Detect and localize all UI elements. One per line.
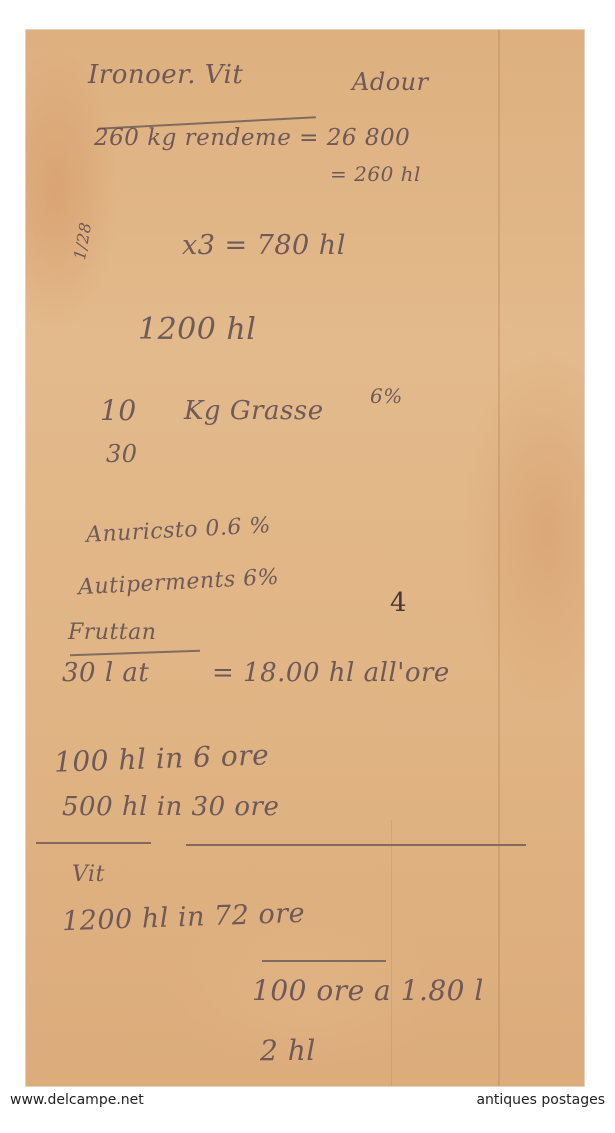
note-line-9a: 30 l at [62, 658, 149, 688]
sum-line [262, 960, 386, 962]
divider-left [36, 842, 151, 844]
note-line-9b: = 18.00 hl all'ore [212, 658, 450, 688]
watermark-left: www.delcampe.net [10, 1092, 144, 1108]
paper-fold-line [498, 30, 500, 1086]
note-line-8: Fruttan [68, 620, 156, 645]
note-line-14: 100 ore a 1.80 l [252, 974, 484, 1007]
fraction-line [70, 650, 200, 656]
note-line-1: 260 kg rendeme = 26 800 [94, 125, 410, 151]
note-line-4: 1200 hl [138, 312, 256, 347]
margin-note: 1/28 [70, 221, 95, 262]
note-line-7: Autiperments 6% [77, 565, 279, 600]
note-line-3: x3 = 780 hl [182, 230, 346, 261]
note-line-6: Anuricsto 0.6 % [85, 513, 271, 548]
note-line-10: 100 hl in 6 ore [53, 738, 269, 778]
note-line-7b: 4 [390, 588, 407, 618]
note-line-5c: Kg Grasse [184, 396, 324, 426]
paper-crease [391, 820, 392, 1086]
header-left: Ironoer. Vit [88, 60, 243, 90]
note-line-5a: 10 [100, 394, 137, 427]
note-line-13: 1200 hl in 72 ore [62, 898, 306, 937]
note-line-5b: 30 [106, 440, 138, 468]
note-line-5d: 6% [370, 384, 403, 408]
note-line-11: 500 hl in 30 ore [62, 792, 279, 822]
note-line-12: Vit [72, 862, 105, 887]
aged-paper-sheet: 1/28 Ironoer. Vit Adour 260 kg rendeme =… [26, 30, 584, 1086]
note-line-2: = 260 hl [330, 162, 421, 186]
divider-right [186, 844, 526, 846]
header-right: Adour [352, 68, 429, 96]
watermark-right: antiques postages [476, 1092, 605, 1108]
note-line-15: 2 hl [260, 1034, 316, 1067]
